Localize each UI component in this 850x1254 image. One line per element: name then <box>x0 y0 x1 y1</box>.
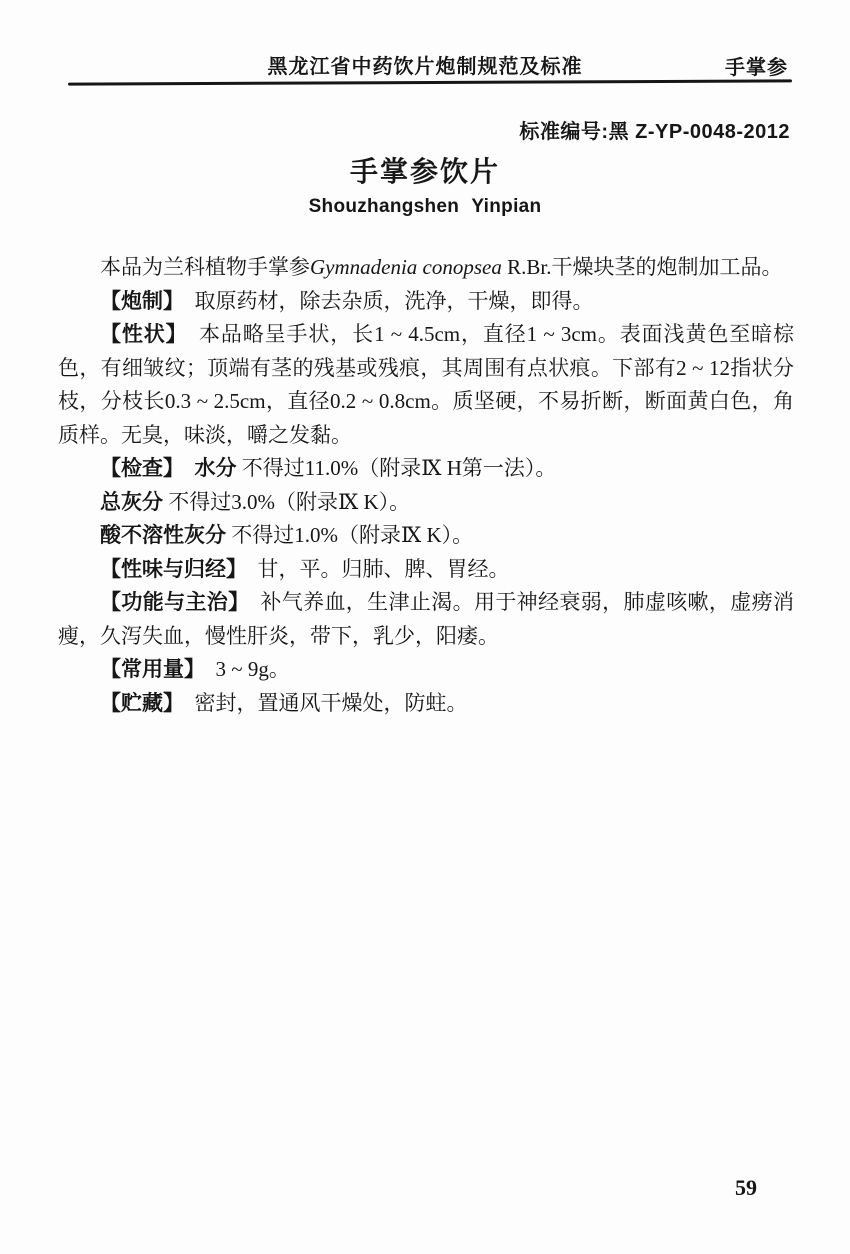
paragraph-origin: 本品为兰科植物手掌参Gymnadenia conopsea R.Br.干燥块茎的… <box>58 251 794 285</box>
paragraph-suanburongxinghuifen: 酸不溶性灰分 不得过1.0%（附录Ⅸ K）。 <box>58 519 794 553</box>
text-segment <box>174 456 195 480</box>
paragraph-xingzhuang: 【性状】 本品略呈手状，长1 ~ 4.5cm，直径1 ~ 3cm。表面浅黄色至暗… <box>58 318 794 452</box>
latin-binomial: Gymnadenia conopsea <box>310 255 502 279</box>
section-label: 【功能与主治】 <box>100 591 239 614</box>
text-segment: 甘，平。归肺、脾、胃经。 <box>237 557 510 581</box>
section-label: 【常用量】 <box>100 658 195 681</box>
standard-number: 标准编号:黑 Z-YP-0048-2012 <box>519 115 790 144</box>
pinyin-title: Shouzhangshen Yinpian <box>0 196 850 218</box>
text-segment: 取原药材，除去杂质，洗净，干燥，即得。 <box>174 289 594 313</box>
document-page: 黑龙江省中药饮片炮制规范及标准 手掌参 标准编号:黑 Z-YP-0048-201… <box>0 0 850 1254</box>
section-label: 水分 <box>195 457 237 480</box>
section-label: 总灰分 <box>100 491 163 514</box>
paragraph-jiancha-shuifen: 【检查】 水分 不得过11.0%（附录Ⅸ H第一法）。 <box>58 452 794 486</box>
document-title: 手掌参饮片 <box>0 150 850 190</box>
paragraph-gongneng-zhuzhi: 【功能与主治】 补气养血，生津止渴。用于神经衰弱，肺虚咳嗽，虚痨消瘦，久泻失血，… <box>58 586 794 653</box>
section-label: 【贮藏】 <box>100 692 174 715</box>
header-chapter-title: 手掌参 <box>725 51 788 80</box>
text-segment: 本品为兰科植物手掌参 <box>100 255 310 279</box>
paragraph-paozhi: 【炮制】 取原药材，除去杂质，洗净，干燥，即得。 <box>58 285 794 319</box>
section-label: 【炮制】 <box>100 290 174 313</box>
paragraph-xingwei-guijing: 【性味与归经】 甘，平。归肺、脾、胃经。 <box>58 553 794 587</box>
text-segment: 密封，置通风干燥处，防蛀。 <box>174 691 468 715</box>
section-label: 酸不溶性灰分 <box>100 524 226 547</box>
section-label: 【性味与归经】 <box>100 558 237 581</box>
text-segment: 3 ~ 9g。 <box>195 657 290 681</box>
paragraph-zonghuifen: 总灰分 不得过3.0%（附录Ⅸ K）。 <box>58 486 794 520</box>
text-segment: 不得过11.0%（附录Ⅸ H第一法）。 <box>237 456 557 480</box>
paragraph-zhucang: 【贮藏】 密封，置通风干燥处，防蛀。 <box>58 687 794 721</box>
text-segment: 不得过1.0%（附录Ⅸ K）。 <box>226 523 473 547</box>
text-segment: R.Br.干燥块茎的炮制加工品。 <box>502 255 783 279</box>
document-body: 本品为兰科植物手掌参Gymnadenia conopsea R.Br.干燥块茎的… <box>58 251 794 720</box>
header-divider <box>68 79 792 85</box>
header-book-title: 黑龙江省中药饮片炮制规范及标准 <box>0 50 850 79</box>
section-label: 【性状】 <box>100 323 177 346</box>
section-label: 【检查】 <box>100 457 174 480</box>
paragraph-changyongliang: 【常用量】 3 ~ 9g。 <box>58 653 794 687</box>
page-number: 59 <box>735 1175 757 1201</box>
text-segment: 不得过3.0%（附录Ⅸ K）。 <box>163 490 410 514</box>
